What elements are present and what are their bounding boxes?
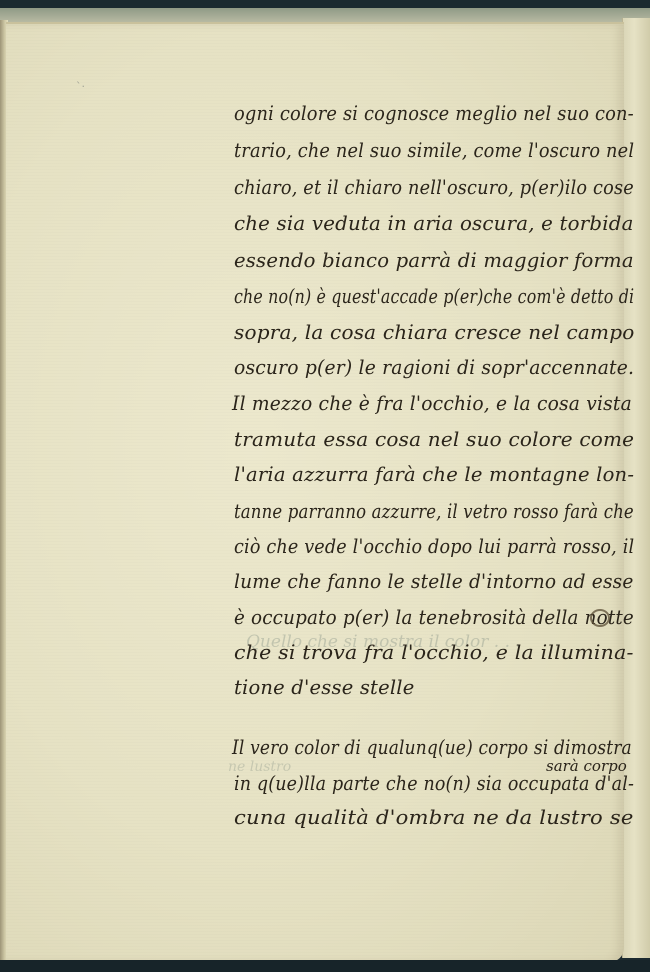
text-line: l'aria azzurra farà che le montagne lon- — [234, 463, 634, 486]
text-line: lume che fanno le stelle d'intorno ad es… — [234, 570, 634, 593]
text-line: in q(ue)lla parte che no(n) sia occupata… — [234, 772, 634, 795]
paragraph-start-line: Il mezzo che è fra l'occhio, e la cosa v… — [232, 392, 632, 415]
text-line: sopra, la cosa chiara cresce nel campo — [234, 321, 634, 344]
text-line: che si trova fra l'occhio, e la illumina… — [234, 641, 634, 664]
text-line: trario, che nel suo simile, come l'oscur… — [234, 139, 634, 162]
folio-top-edge — [0, 8, 650, 22]
text-line: ogni colore si cognosce meglio nel suo c… — [234, 102, 634, 125]
manuscript-page: `· Quello che si mostra il color . . . n… — [6, 22, 624, 962]
text-line: essendo bianco parrà di maggior forma — [234, 249, 634, 272]
text-line: chiaro, et il chiaro nell'oscuro, p(er)i… — [234, 176, 634, 199]
text-line: tramuta essa cosa nel suo colore come — [234, 428, 634, 451]
text-line: che no(n) è quest'accade p(er)che com'è … — [234, 285, 634, 308]
text-line: tione d'esse stelle — [234, 676, 414, 699]
paragraph-start-line: Il vero color di qualunq(ue) corpo si di… — [232, 736, 632, 759]
scan-backdrop-bottom — [0, 960, 650, 972]
text-line: tanne parranno azzurre, il vetro rosso f… — [234, 500, 634, 523]
text-line: che sia veduta in aria oscura, e torbida — [234, 212, 634, 235]
catchword: sarà corpo — [546, 757, 627, 775]
text-line: cuna qualità d'ombra ne da lustro se — [234, 806, 634, 829]
text-line: oscuro p(er) le ragioni di sopr'accennat… — [234, 356, 634, 379]
text-line: è occupato p(er) la tenebrosità della no… — [234, 606, 634, 629]
text-line: ciò che vede l'occhio dopo lui parrà ros… — [234, 535, 634, 558]
ink-circle-mark — [590, 609, 610, 627]
pencil-margin-mark: `· — [76, 80, 90, 94]
